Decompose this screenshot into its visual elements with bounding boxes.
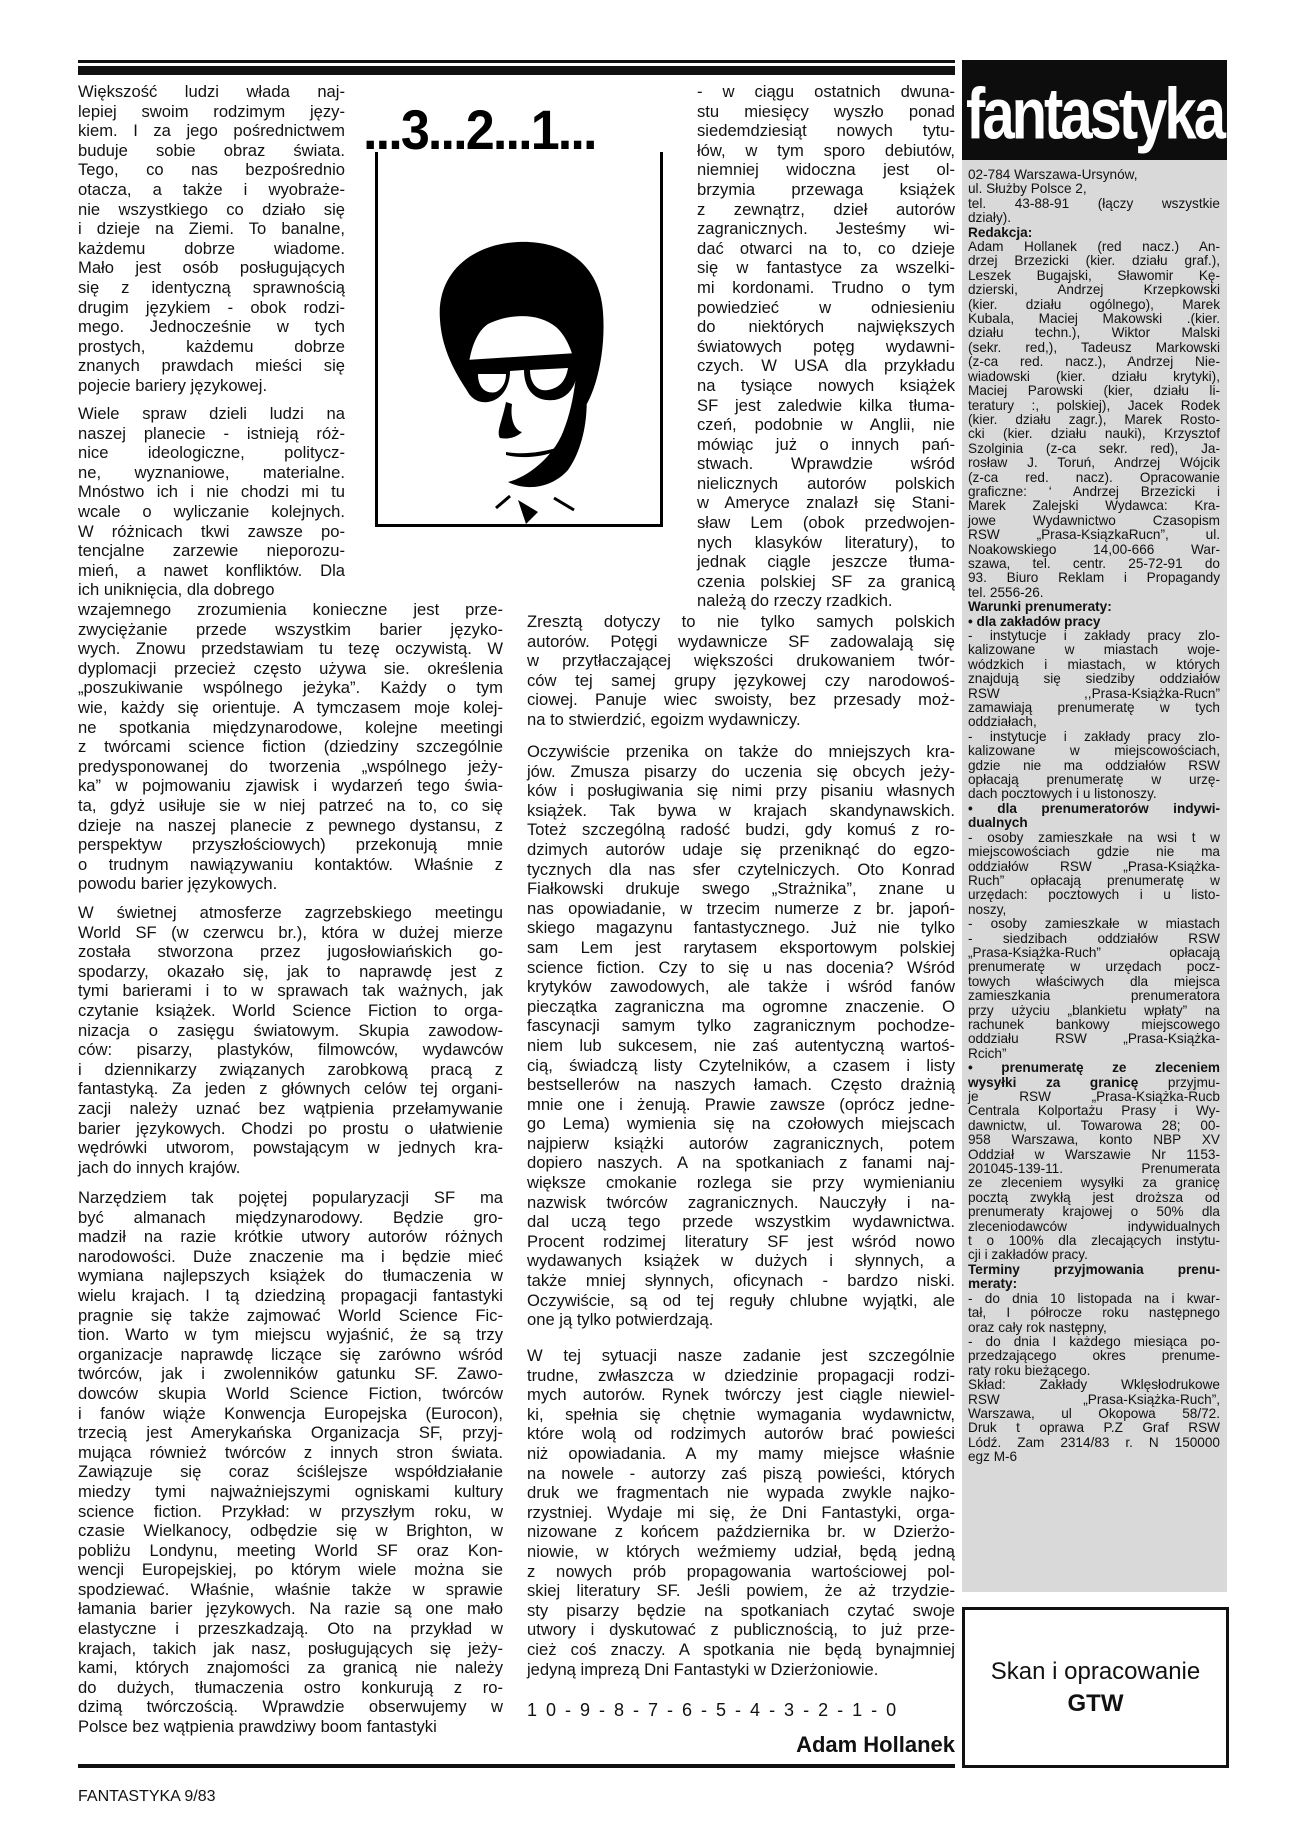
text-line: mych autorów. Rynek twórczy jest ciągle … [527, 1385, 955, 1405]
text-line: i dziennikarzy związanych zarobkową prac… [78, 1060, 503, 1080]
masthead-line: działy). [968, 211, 1220, 225]
text-line: zacji należy uznać bez wątpienia przełam… [78, 1099, 503, 1119]
text-line: niem lub sukcesem, nie zaś autentyczną w… [527, 1036, 955, 1056]
text-line: tencjalne zarzewie nieporozu- [78, 541, 345, 561]
text-line: barier językowych. Chodzi po prostu o uł… [78, 1119, 503, 1139]
masthead-line: - do dnia 10 listopada na i kwar- [968, 1292, 1220, 1306]
text-line: jach do innych krajów. [78, 1158, 503, 1178]
text-line: czeń, podobnie w Anglii, nie [697, 415, 955, 435]
article-wide-block-2: W świetnej atmosferze zagrzebskiego meet… [78, 903, 503, 1177]
masthead-line: je RSW „Prasa-Książka-Rucb [968, 1090, 1220, 1104]
masthead-line: kalizowane w miastach woje- [968, 643, 1220, 657]
text-line: madził na razie krótkie utwory autorów r… [78, 1227, 503, 1247]
text-line: Mnóstwo ich i nie chodzi mi tu [78, 482, 345, 502]
text-line: jów. Zmusza pisarzy do uczenia się obcyc… [527, 762, 955, 782]
text-line: wędrówki utworom, powstającym w jednych … [78, 1138, 503, 1158]
text-line: Mało jest osób posługujących [78, 258, 345, 278]
text-line: predysponowanej do tworzenia „wspólnego … [78, 757, 503, 777]
text-line: w przytłaczającej większości drukowaniem… [527, 651, 955, 671]
masthead-line: opłacają prenumeratę w urzę- [968, 773, 1220, 787]
masthead-heading: Redakcja: [968, 226, 1220, 240]
masthead-line: 02-784 Warszawa-Ursynów, [968, 168, 1220, 182]
portrait-frame [375, 152, 663, 527]
text-line: czasie Wielkanocy, odbędzie się w Bright… [78, 1521, 503, 1541]
text-line: dzimą twórczością. Wprawdzie obserwujemy… [78, 1697, 503, 1717]
masthead-line: wódzkich i miastach, w których [968, 658, 1220, 672]
scan-credit-line: Skan i opracowanie [965, 1658, 1226, 1686]
portrait-illustration [378, 152, 660, 524]
text-line: niemniej widoczna jest ol- [697, 160, 955, 180]
text-line: każdemu dobrze wiadome. [78, 239, 345, 259]
text-line: dzimych autorów udaje się przeniknąć do … [527, 840, 955, 860]
text-line: sty pisarzy będzie na spotkaniach czytać… [527, 1601, 955, 1621]
text-line: się w fantastyce za wszelki- [697, 258, 955, 278]
text-line: organizacje naprawdę liczące się zarówno… [78, 1345, 503, 1365]
text-line: ka” w pojmowaniu zjawisk i wydarzeń tego… [78, 776, 503, 796]
text-line: dzieje na naszej planecie z pewnego dyst… [78, 816, 503, 836]
text-line: wie, każdy się orientuje. A tymczasem mo… [78, 698, 503, 718]
text-line: dowców skupia World Science Fiction, twó… [78, 1384, 503, 1404]
text-line: ne spotkania międzynarodowe, kolejne mee… [78, 718, 503, 738]
text-line: się z identyczną sprawnością [78, 278, 345, 298]
article-wide-block-3: Narzędziem tak pojętej popularyzacji SF … [78, 1188, 503, 1737]
text-line: na tysiące nowych książek [697, 376, 955, 396]
masthead-line: Leszek Bugajski, Sławomir Kę- [968, 269, 1220, 283]
masthead-line: kalizowane w miejscowościach, [968, 744, 1220, 758]
text-line: tycznych dla nas sfer czytelniczych. Oto… [527, 860, 955, 880]
text-line: Wiele spraw dzieli ludzi na [78, 404, 345, 424]
text-line: i dzieje na Ziemi. To banalne, [78, 219, 345, 239]
text-line: Narzędziem tak pojętej popularyzacji SF … [78, 1188, 503, 1208]
text-line: perspektyw przyszłościowych) przekonują … [78, 835, 503, 855]
article-wide-block-1: wzajemnego zrozumienia konieczne jest pr… [78, 600, 503, 894]
text-line: Tego, co nas bezpośrednio [78, 160, 345, 180]
text-line: skiego magazynu fantastycznego. Już nie … [527, 918, 955, 938]
text-line: mego. Jednocześnie w tych [78, 317, 345, 337]
text-line: na to stwierdzić, egoizm wydawniczy. [527, 710, 955, 730]
masthead-heading: • dla zakładów pracy [968, 615, 1220, 629]
text-line: buduje sobie obraz świata. [78, 141, 345, 161]
scan-credit-box: Skan i opracowanie GTW [962, 1607, 1229, 1768]
article-wide-block-6: W tej sytuacji nasze zadanie jest szczeg… [527, 1346, 955, 1679]
text-line: wych. Znowu przedstawiam tu tezę oczywis… [78, 639, 503, 659]
article-wide-block-4: Zresztą dotyczy to nie tylko samych pols… [527, 612, 955, 730]
scan-credit-name: GTW [965, 1690, 1226, 1718]
masthead-line: rachunek bankowy miejscowego [968, 1018, 1220, 1032]
text-line: powodu barier językowych. [78, 874, 503, 894]
text-line: które wolą od rodzimych autorów brać pow… [527, 1424, 955, 1444]
text-line: stu miesięcy wyszło ponad [697, 102, 955, 122]
masthead-line: Lódź. Zam 2314/83 r. N 150000 [968, 1436, 1220, 1450]
text-line: tymi barierami i to w sprawach tak ważny… [78, 981, 503, 1001]
text-line: sam Lem jest rarytasem eksportowym polsk… [527, 938, 955, 958]
text-line: powiedzieć w odniesieniu [697, 298, 955, 318]
text-line: nizacja o zasięgu światowym. Skupia zawo… [78, 1021, 503, 1041]
text-line: elastyczne i przeszkadzają. Oto na przyk… [78, 1619, 503, 1639]
text-line: krajach, takich jak nasz, posługujących … [78, 1639, 503, 1659]
masthead-line: Marek Zalejski Wydawca: Kra- [968, 499, 1220, 513]
text-line: wielu krajach. I tą dziedziną propagacji… [78, 1286, 503, 1306]
text-line: Toteż szczególną radość budzi, gdy komuś… [527, 820, 955, 840]
masthead-line: Warszawa, ul Okopowa 58/72. [968, 1407, 1220, 1421]
text-line: lepiej swoim rodzimym języ- [78, 102, 345, 122]
text-line: naszej planecie - istnieją róż- [78, 424, 345, 444]
countdown-sequence: 1 0 - 9 - 8 - 7 - 6 - 5 - 4 - 3 - 2 - 1 … [527, 1700, 898, 1721]
text-line: także mniej słynnych, oficynach - bardzo… [527, 1271, 955, 1291]
portrait-graphic: ...3...2...1... [363, 100, 665, 530]
text-line: utwory i dyskutować z publicznością, to … [527, 1620, 955, 1640]
text-line: jedyną imprezą Dni Fantastyki w Dzierżon… [527, 1660, 955, 1680]
masthead-line: - siedzibach oddziałów RSW [968, 932, 1220, 946]
text-line: one ją tylko potwierdzają. [527, 1310, 955, 1330]
text-line: go Lema) wymienia się na czołowych miejs… [527, 1114, 955, 1134]
text-line: ców: pisarzy, plastyków, filmowców, wyda… [78, 1040, 503, 1060]
text-line: została stworzona przez jugosłowiańskich… [78, 942, 503, 962]
text-line: wymiana najlepszych książek do tłumaczen… [78, 1266, 503, 1286]
text-line: na nowele - autorzy zaś piszą powieści, … [527, 1464, 955, 1484]
text-line: wzajemnego zrozumienia konieczne jest pr… [78, 600, 503, 620]
masthead-line: Noakowskiego 14,00-666 War- [968, 543, 1220, 557]
text-line: mnie one i żenują. Prawie zawsze (oprócz… [527, 1095, 955, 1115]
text-line: najpierw książki autorów zagranicznych, … [527, 1134, 955, 1154]
masthead-line: graficzne: ‘ Andrzej Brzezicki i [968, 485, 1220, 499]
masthead-sidebar: fantastyka 02-784 Warszawa-Ursynów,ul. S… [962, 60, 1227, 1592]
masthead-heading: • prenumeratę ze zleceniem [968, 1061, 1220, 1075]
text-line: być almanach międzynarodowy. Będzie gro- [78, 1208, 503, 1228]
text-line: mi kordonami. Trudno o tym [697, 278, 955, 298]
text-line: prostych, każdemu dobrze [78, 337, 345, 357]
text-line: zagranicznych. Jesteśmy wi- [697, 219, 955, 239]
masthead-line: Ruch” opłacają prenumeratę w [968, 874, 1220, 888]
text-line: wydawanych książek w dużych i słynnych, … [527, 1251, 955, 1271]
text-line: science fiction. Czy to się u nas doceni… [527, 958, 955, 978]
text-line: skiej literatury SF. Jeśli powiem, że aż… [527, 1581, 955, 1601]
text-line: W świetnej atmosferze zagrzebskiego meet… [78, 903, 503, 923]
masthead-line: Skład: Zakłady Wklęsłodrukowe [968, 1378, 1220, 1392]
text-line: do niektórych największych [697, 317, 955, 337]
masthead-heading: Warunki prenumeraty: [968, 600, 1220, 614]
text-line: łamania barier językowych. Na razie są o… [78, 1599, 503, 1619]
text-line: kiem. I za jego pośrednictwem [78, 121, 345, 141]
masthead-line: tel. 2556-26. [968, 586, 1220, 600]
text-line: bestsellerów na naszych łamach. Często d… [527, 1075, 955, 1095]
text-line: w Ameryce znalazł się Stani- [697, 493, 955, 513]
masthead-line: zleceniodawców indywidualnych [968, 1220, 1220, 1234]
masthead-line: 958 Warszawa, konto NBP XV [968, 1133, 1220, 1147]
text-line: wencji Europejskiej, po którym wiele moż… [78, 1560, 503, 1580]
masthead-line: noszy, [968, 903, 1220, 917]
masthead-line: znajdują się siedziby oddziałów [968, 672, 1220, 686]
masthead-line: szawa, tel. centr. 25-72-91 do [968, 557, 1220, 571]
masthead-line: gdzie nie ma oddziałów RSW [968, 759, 1220, 773]
masthead-line: prenumeraty krajowej o 50% dla [968, 1205, 1220, 1219]
text-line: cież coś znaczy. A spotkania nie będą by… [527, 1640, 955, 1660]
text-line: do dużych, tłumaczenia ostro konkurują z… [78, 1678, 503, 1698]
text-line: Polsce bez wątpienia prawdziwy boom fant… [78, 1717, 503, 1737]
page-footer: FANTASTYKA 9/83 [78, 1788, 216, 1806]
text-line: spodziewać. Właśnie, właśnie także w spr… [78, 1580, 503, 1600]
text-line: ne, wyznaniowe, materialne. [78, 463, 345, 483]
text-line: siedemdziesiąt nowych tytu- [697, 121, 955, 141]
masthead-line: zamawiają prenumeratę w tych [968, 701, 1220, 715]
masthead-line: - instytucje i zakłady pracy zlo- [968, 730, 1220, 744]
text-line: jednak ciągle jeszcze tłuma- [697, 552, 955, 572]
masthead-line: tał, I półrocze roku następnego [968, 1306, 1220, 1320]
article-wide-block-5: Oczywiście przenika on także do mniejszy… [527, 742, 955, 1330]
countdown-graphic-title: ...3...2...1... [363, 100, 644, 160]
text-line: zwyciężanie przede wszystkim barier języ… [78, 620, 503, 640]
masthead-line: Druk t oprawa P.Z Graf RSW [968, 1421, 1220, 1435]
masthead-line: cji i zakładów pracy. [968, 1248, 1220, 1262]
masthead-text: 02-784 Warszawa-Ursynów,ul. Służby Polsc… [968, 168, 1220, 1465]
bottom-rule [78, 1764, 955, 1768]
text-line: - w ciągu ostatnich dwuna- [697, 82, 955, 102]
text-line: nice ideologiczne, politycz- [78, 443, 345, 463]
masthead-line: Adam Hollanek (red nacz.) An- [968, 240, 1220, 254]
text-line: ców tej samej grupy językowej czy narodo… [527, 671, 955, 691]
text-line: znanych prawdach mieści się [78, 356, 345, 376]
masthead-line: (z-ca red. nacz.), Andrzej Nie- [968, 355, 1220, 369]
text-line: z zewnątrz, dzieł autorów [697, 200, 955, 220]
masthead-line: Rcich” [968, 1047, 1220, 1061]
masthead-line: 201045-139-11. Prenumerata [968, 1162, 1220, 1176]
text-line: krytyków zawodowych, ale także i wśród f… [527, 977, 955, 997]
text-line: Oczywiście przenika on także do mniejszy… [527, 742, 955, 762]
masthead-line: pocztą zwykłą jest droższa od [968, 1191, 1220, 1205]
masthead-line: rosław J. Toruń, Andrzej Wójcik [968, 456, 1220, 470]
text-line: fantastyką. Za jeden z głównych celów te… [78, 1079, 503, 1099]
text-line: ich uniknięcia, dla dobrego [78, 580, 345, 600]
masthead-line: miejscowościach gdzie nie ma [968, 845, 1220, 859]
masthead-line: urzędach: pocztowych i u listo- [968, 888, 1220, 902]
masthead-line: dach pocztowych i u listonoszy. [968, 787, 1220, 801]
text-line: kami, których znajomości za granicą nie … [78, 1658, 503, 1678]
masthead-line: - instytucje i zakłady pracy zlo- [968, 629, 1220, 643]
text-line: czych. W USA dla przykładu [697, 356, 955, 376]
text-line: brzymia przewaga książek [697, 180, 955, 200]
text-line: science fiction. Przykład: w przyszłym r… [78, 1502, 503, 1522]
text-line: łów, w tym sporo debiutów, [697, 141, 955, 161]
masthead-line: drzej Brzezicki (kier. działu graf.), [968, 254, 1220, 268]
masthead-heading: wysyłki za granicę przyjmu- [968, 1076, 1220, 1090]
text-line: dopiero naszych. A na spotkaniach z fana… [527, 1153, 955, 1173]
text-line: należą do rzeczy rzadkich. [697, 591, 955, 611]
masthead-line: RSW „Prasa-KsiązkaRucn”, ul. [968, 528, 1220, 542]
text-line: miedzy tymi najważniejszymi ogniskami ku… [78, 1482, 503, 1502]
masthead-line: oddziałach, [968, 715, 1220, 729]
text-line: nielicznych autorów polskich [697, 474, 955, 494]
masthead-heading: Terminy przyjmowania prenu- [968, 1263, 1220, 1277]
text-line: i fanów wiąże Konwencja Europejska (Euro… [78, 1404, 503, 1424]
masthead-line: (kier. działu zagr.), Marek Rosto- [968, 413, 1220, 427]
masthead-line: (kier. działu ogólnego), Marek [968, 298, 1220, 312]
masthead-line: raty roku bieżącego. [968, 1364, 1220, 1378]
text-line: trzecią jest Amerykańska Organizacja SF,… [78, 1423, 503, 1443]
text-line: drugim językiem - obok rodzi- [78, 298, 345, 318]
masthead-line: RSW „Prasa-Książka-Ruch”, [968, 1393, 1220, 1407]
masthead-line: wiadowski (kier. działu krytyki), [968, 370, 1220, 384]
masthead-line: „Prasa-Książka-Ruch” opłacają [968, 946, 1220, 960]
text-line: pragnie się także zajmować World Science… [78, 1306, 503, 1326]
masthead-heading: • dla prenumeratorów indywi- [968, 802, 1220, 816]
masthead-line: przedzającego okres prenume- [968, 1349, 1220, 1363]
masthead-line: RSW ,,Prasa-Książka-Rucn” [968, 687, 1220, 701]
masthead-line: działu techn.), Wiktor Malski [968, 326, 1220, 340]
text-line: wcale o wyliczanie kolejnych. [78, 502, 345, 522]
text-line: niowie, w których weźmiemy udział, będą … [527, 1542, 955, 1562]
text-line: z nowych prób propagowania wartościowej … [527, 1562, 955, 1582]
text-line: spodarzy, okazało się, jak to naprawdę j… [78, 962, 503, 982]
masthead-line: teratury :, polskiej), Jacek Rodek [968, 399, 1220, 413]
text-line: fascynacji samym tylko zagranicznym poch… [527, 1016, 955, 1036]
top-rule-thick [78, 66, 955, 75]
masthead-line: dawnictw, ul. Towarowa 28; 00- [968, 1119, 1220, 1133]
masthead-line: - osoby zamieszkałe w miastach [968, 917, 1220, 931]
masthead-line: oddziału RSW „Prasa-Książka- [968, 1032, 1220, 1046]
masthead-heading: dualnych [968, 816, 1220, 830]
text-line: dać otwarci na to, co dzieje [697, 239, 955, 259]
masthead-line: towych właściwych dla miejsca [968, 975, 1220, 989]
text-line: W tej sytuacji nasze zadanie jest szczeg… [527, 1346, 955, 1366]
text-line: z twórcami science fiction (dziedziny sz… [78, 737, 503, 757]
text-line: mująca również twórców z innych stron św… [78, 1443, 503, 1463]
text-line: autorów. Potęgi wydawnicze SF zadowalają… [527, 632, 955, 652]
masthead-line: dzierski, Andrzej Krzepkowski [968, 283, 1220, 297]
text-line: pieczątka zagraniczna ma ogromne znaczen… [527, 997, 955, 1017]
masthead-line: tel. 43-88-91 (łączy wszystkie [968, 197, 1220, 211]
text-line: Fiałkowski drukuje swego „Strażnika”, zn… [527, 879, 955, 899]
masthead-line: - osoby zamieszkałe na wsi t w [968, 831, 1220, 845]
text-line: sław Lem (obok przedwojen- [697, 513, 955, 533]
text-line: nazwisk twórców zagranicznych. Nauczyły … [527, 1193, 955, 1213]
text-line: otacza, a także i wyobraże- [78, 180, 345, 200]
text-line: nizowane z końcem października br. w Dzi… [527, 1522, 955, 1542]
masthead-line: oddziałów RSW „Prasa-Książka- [968, 860, 1220, 874]
masthead-line: zamieszkania prenumeratora [968, 989, 1220, 1003]
text-line: mówiąc już o innych pań- [697, 435, 955, 455]
masthead-line: Oddział w Warszawie Nr 1153- [968, 1148, 1220, 1162]
text-line: ciowej. Panuje wiec swoisty, bez przesad… [527, 690, 955, 710]
text-line: nie wszystkiego co działo się [78, 200, 345, 220]
text-line: stwach. Wprawdzie wśród [697, 454, 955, 474]
masthead-line: (z-ca red. nacz). Opracowanie [968, 471, 1220, 485]
masthead-line: jowe Wydawnictwo Czasopism [968, 514, 1220, 528]
text-line: dal uczą tego przede wszystkim wydawnict… [527, 1212, 955, 1232]
text-line: „poszukiwanie wspólnego jeżyka”. Każdy o… [78, 678, 503, 698]
text-line: ki, spełnia się chętnie wymagania wydawn… [527, 1405, 955, 1425]
article-column-1: Większość ludzi włada naj-lepiej swoim r… [78, 82, 345, 396]
masthead-line: Maciej Parowski (kier, działu li- [968, 384, 1220, 398]
masthead-line: t o 100% dla zlecających instytu- [968, 1234, 1220, 1248]
masthead-line: (sekr. red,), Tadeusz Markowski [968, 341, 1220, 355]
masthead-heading: meraty: [968, 1277, 1220, 1291]
text-line: ków i posługiwania się nimi przy pisaniu… [527, 781, 955, 801]
text-line: książek. Tak bywa w krajach skandynawski… [527, 801, 955, 821]
masthead-line: Kubala, Maciej Makowski .(kier. [968, 312, 1220, 326]
text-line: większe cmokanie rozlega sie przy wymien… [527, 1173, 955, 1193]
author-signature: Adam Hollanek [700, 1732, 955, 1758]
text-line: trudne, zwłaszcza w dziedzinie propagacj… [527, 1366, 955, 1386]
masthead-line: przy użyciu „blankietu wpłaty” na [968, 1004, 1220, 1018]
text-line: tion. Warto w tym miejscu wyjaśnić, że s… [78, 1325, 503, 1345]
text-line: Większość ludzi włada naj- [78, 82, 345, 102]
text-line: czenia polskiej SF za granicą [697, 572, 955, 592]
masthead-line: Szolginia (z-ca sekr. red), Ja- [968, 442, 1220, 456]
article-column-3: - w ciągu ostatnich dwuna-stu miesięcy w… [697, 82, 955, 611]
text-line: o trudnym nawiązywaniu kontaktów. Właśni… [78, 855, 503, 875]
masthead-line: ul. Służby Polsce 2, [968, 182, 1220, 196]
masthead-line: prenumeratę w urzędach pocz- [968, 960, 1220, 974]
text-line: światowych potęg wydawni- [697, 337, 955, 357]
masthead-line: egz M-6 [968, 1450, 1220, 1464]
logo-text: fantastyka [962, 72, 1227, 156]
masthead-line: ze zleceniem wysyłki za granicę [968, 1176, 1220, 1190]
masthead-line: Centrala Kolportażu Prasy i Wy- [968, 1104, 1220, 1118]
masthead-line: - do dnia I każdego miesiąca po- [968, 1335, 1220, 1349]
fantastyka-logo: fantastyka [962, 60, 1227, 160]
masthead-line: oraz cały rok następny, [968, 1321, 1220, 1335]
text-line: Oczywiście, są od tej reguły chlubne wyj… [527, 1291, 955, 1311]
text-line: twórców, jak i zwolenników gatunku SF. Z… [78, 1364, 503, 1384]
text-line: SF jest zaledwie kilka tłuma- [697, 396, 955, 416]
text-line: niż opowiadania. A my mamy miejsce właśn… [527, 1444, 955, 1464]
masthead-line: 93. Biuro Reklam i Propagandy [968, 571, 1220, 585]
text-line: Procent rodzimej literatury SF jest wśró… [527, 1232, 955, 1252]
text-line: W różnicach tkwi zawsze po- [78, 522, 345, 542]
text-line: nych klasyków literatury), to [697, 533, 955, 553]
text-line: czytanie książek. World Science Fiction … [78, 1001, 503, 1021]
text-line: cią, świadczą listy Czytelników, a czase… [527, 1056, 955, 1076]
article-column-1b: Wiele spraw dzieli ludzi nanaszej planec… [78, 404, 345, 600]
masthead-line: cki (kier. działu nauki), Krzysztof [968, 427, 1220, 441]
text-line: nas opowiadanie, w trzecim numerze z br.… [527, 899, 955, 919]
text-line: Zresztą dotyczy to nie tylko samych pols… [527, 612, 955, 632]
text-line: druk we fragmentach nie wypada zwykle na… [527, 1483, 955, 1503]
text-line: rzystniej. Wydaje mi się, że Dni Fantast… [527, 1503, 955, 1523]
text-line: dyplomacji przecież często używa sie. ok… [78, 659, 503, 679]
text-line: narodowości. Duże znaczenie ma i będzie … [78, 1247, 503, 1267]
top-rule-thin [78, 60, 955, 63]
text-line: Zawiązuje się coraz ściślejsze współdzia… [78, 1462, 503, 1482]
text-line: World SF (w czerwcu br.), która w dużej … [78, 923, 503, 943]
text-line: pojecie bariery językowej. [78, 376, 345, 396]
text-line: pobliżu Londynu, meeting World SF oraz K… [78, 1541, 503, 1561]
text-line: mień, a nawet konfliktów. Dla [78, 561, 345, 581]
text-line: ta, gdyż usiłuje sie w niej patrzeć na t… [78, 796, 503, 816]
